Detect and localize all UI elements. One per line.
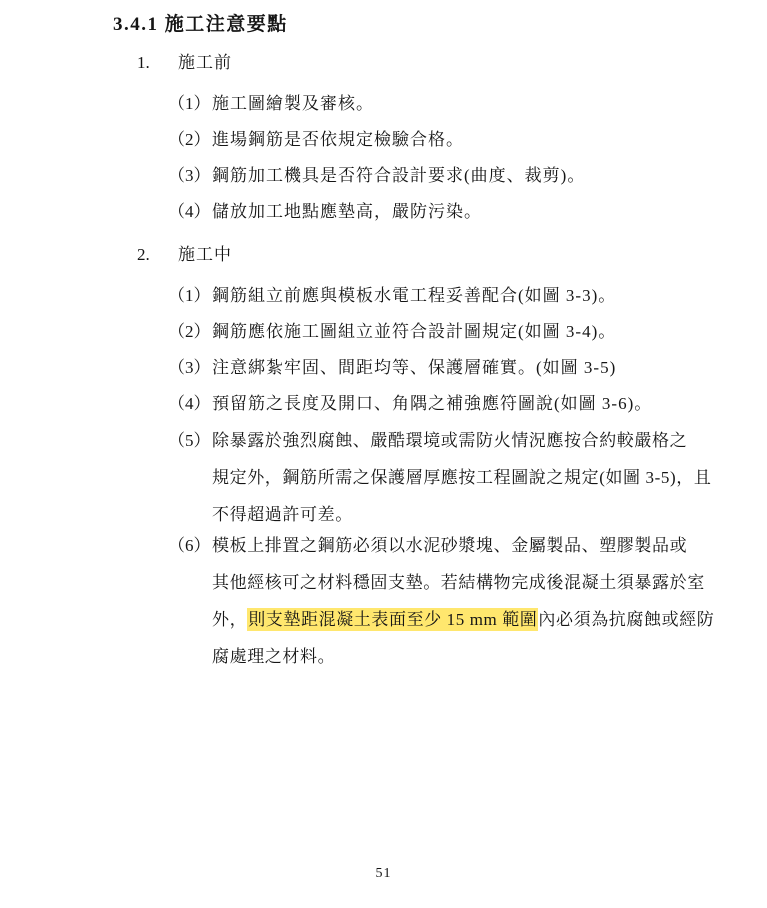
item-marker: （2）: [168, 122, 212, 158]
list-item: （6） 模板上排置之鋼筋必須以水泥砂漿塊、金屬製品、塑膠製品或 其他經核可之材料…: [168, 527, 767, 675]
item-line: 規定外，鋼筋所需之保護層厚應按工程圖說之規定(如圖 3-5)，且: [212, 459, 711, 496]
section-heading: 1. 施工前: [137, 50, 767, 76]
item-text: 施工圖繪製及審核。: [212, 86, 374, 122]
section-heading: 2. 施工中: [137, 242, 767, 268]
item-line: 模板上排置之鋼筋必須以水泥砂漿塊、金屬製品、塑膠製品或: [212, 527, 714, 564]
item-marker: （4）: [168, 386, 212, 422]
item-text: 進場鋼筋是否依規定檢驗合格。: [212, 122, 464, 158]
item-text: 鋼筋組立前應與模板水電工程妥善配合(如圖 3-3)。: [212, 278, 616, 314]
item-text: 注意綁紮牢固、間距均等、保護層確實。(如圖 3-5): [212, 350, 616, 386]
item-marker: （1）: [168, 86, 212, 122]
item-text: 儲放加工地點應墊高，嚴防污染。: [212, 194, 482, 230]
item-line: 除暴露於強烈腐蝕、嚴酷環境或需防火情況應按合約較嚴格之: [212, 422, 711, 459]
item-line-segment: 內必須為抗腐蝕或經防: [538, 610, 714, 629]
item-paragraph: 除暴露於強烈腐蝕、嚴酷環境或需防火情況應按合約較嚴格之 規定外，鋼筋所需之保護層…: [212, 422, 711, 533]
item-text: 鋼筋應依施工圖組立並符合設計圖規定(如圖 3-4)。: [212, 314, 616, 350]
list-item: （1） 施工圖繪製及審核。: [168, 86, 767, 122]
section-label: 施工中: [178, 242, 232, 268]
list-item: （3） 鋼筋加工機具是否符合設計要求(曲度、裁剪)。: [168, 158, 767, 194]
list-item: （2） 鋼筋應依施工圖組立並符合設計圖規定(如圖 3-4)。: [168, 314, 767, 350]
item-line: 腐處理之材料。: [212, 638, 714, 675]
list-item: （5） 除暴露於強烈腐蝕、嚴酷環境或需防火情況應按合約較嚴格之 規定外，鋼筋所需…: [168, 422, 767, 533]
list-item: （4） 預留筋之長度及開口、角隅之補強應符圖說(如圖 3-6)。: [168, 386, 767, 422]
item-text: 鋼筋加工機具是否符合設計要求(曲度、裁剪)。: [212, 158, 585, 194]
item-marker: （4）: [168, 194, 212, 230]
item-line: 外，則支墊距混凝土表面至少 15 mm 範圍內必須為抗腐蝕或經防: [212, 601, 714, 638]
item-marker: （3）: [168, 350, 212, 386]
section-title: 3.4.1 施工注意要點: [0, 0, 767, 38]
list-item: （3） 注意綁紮牢固、間距均等、保護層確實。(如圖 3-5): [168, 350, 767, 386]
item-marker: （2）: [168, 314, 212, 350]
section-during-construction: 2. 施工中 （1） 鋼筋組立前應與模板水電工程妥善配合(如圖 3-3)。 （2…: [0, 242, 767, 675]
item-line: 其他經核可之材料穩固支墊。若結構物完成後混凝土須暴露於室: [212, 564, 714, 601]
list-item: （4） 儲放加工地點應墊高，嚴防污染。: [168, 194, 767, 230]
item-marker: （1）: [168, 278, 212, 314]
page-number: 51: [0, 866, 767, 882]
item-paragraph: 模板上排置之鋼筋必須以水泥砂漿塊、金屬製品、塑膠製品或 其他經核可之材料穩固支墊…: [212, 527, 714, 675]
list-item: （1） 鋼筋組立前應與模板水電工程妥善配合(如圖 3-3)。: [168, 278, 767, 314]
list-item: （2） 進場鋼筋是否依規定檢驗合格。: [168, 122, 767, 158]
section-number: 2.: [137, 242, 178, 268]
item-line-segment: 外，: [212, 610, 247, 629]
item-text: 預留筋之長度及開口、角隅之補強應符圖說(如圖 3-6)。: [212, 386, 652, 422]
section-label: 施工前: [178, 50, 232, 76]
document-page: 3.4.1 施工注意要點 1. 施工前 （1） 施工圖繪製及審核。 （2） 進場…: [0, 0, 767, 908]
section-number: 1.: [137, 50, 178, 76]
item-marker: （6）: [168, 527, 212, 675]
item-marker: （5）: [168, 422, 212, 533]
highlighted-text: 則支墊距混凝土表面至少 15 mm 範圍: [247, 608, 538, 631]
section-pre-construction: 1. 施工前 （1） 施工圖繪製及審核。 （2） 進場鋼筋是否依規定檢驗合格。 …: [0, 50, 767, 230]
item-marker: （3）: [168, 158, 212, 194]
